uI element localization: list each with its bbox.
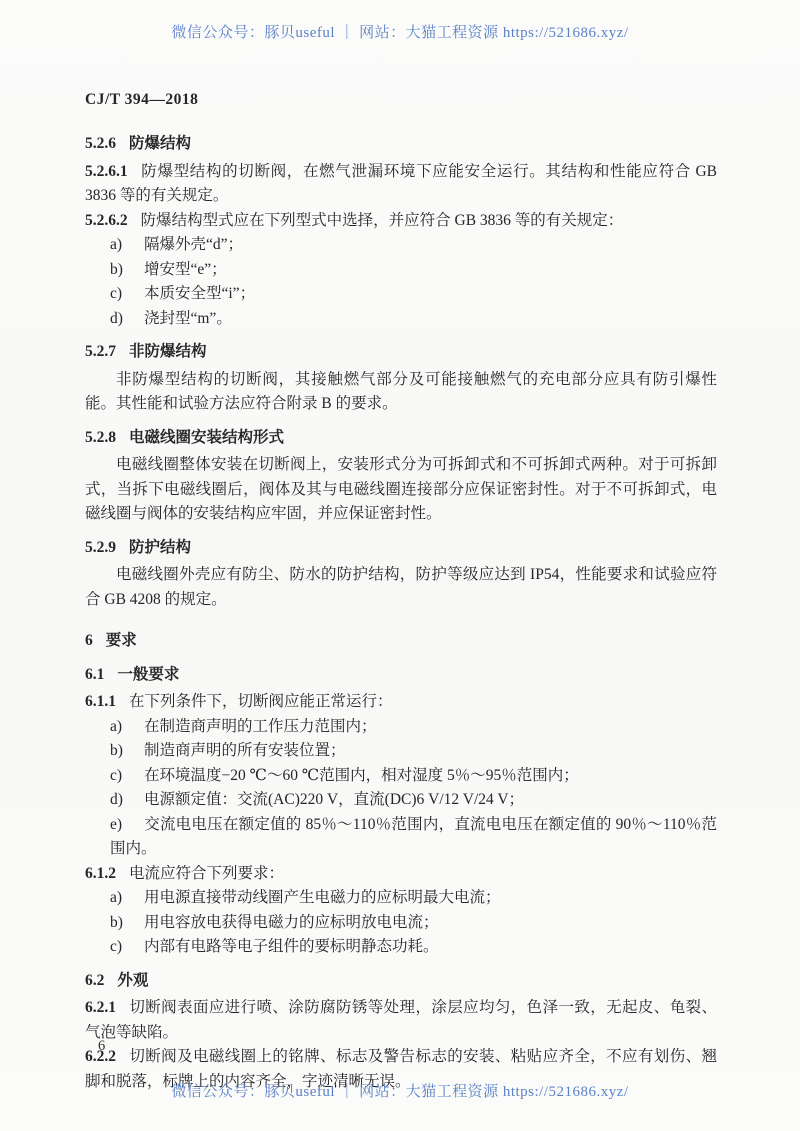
list-marker: b) [110, 911, 144, 936]
clause-title: 外观 [117, 972, 148, 989]
clause-number: 5.2.7 [85, 343, 116, 360]
list-item: c)本质安全型“i”； [85, 282, 717, 307]
clause-paragraph: 电磁线圈外壳应有防尘、防水的防护结构，防护等级应达到 IP54，性能要求和试验应… [85, 563, 717, 612]
clause-title: 电磁线圈安装结构形式 [129, 429, 284, 446]
list-item: b)制造商声明的所有安装位置； [85, 739, 717, 764]
list-item-text: 用电容放电获得电磁力的应标明放电电流； [144, 914, 439, 931]
paragraph-text: 电磁线圈整体安装在切断阀上，安装形式分为可拆卸式和不可拆卸式两种。对于可拆卸式，… [85, 456, 717, 522]
doc-code: CJ/T 394—2018 [85, 88, 717, 112]
paragraph-text: 切断阀表面应进行喷、涂防腐防锈等处理，涂层应均匀，色泽一致，无起皮、龟裂、气泡等… [85, 999, 717, 1041]
clause-number: 5.2.6.2 [85, 212, 128, 229]
clause-title: 防爆结构 [129, 135, 191, 152]
list-item-text: 本质安全型“i”； [144, 285, 255, 302]
list-item: a)在制造商声明的工作压力范围内； [85, 715, 717, 740]
list-marker: d) [110, 307, 144, 332]
list-item: d)电源额定值：交流(AC)220 V，直流(DC)6 V/12 V/24 V； [85, 788, 717, 813]
clause-heading: 5.2.8电磁线圈安装结构形式 [85, 426, 717, 451]
list-marker: b) [110, 258, 144, 283]
list-item: c)在环境温度−20 ℃～60 ℃范围内，相对湿度 5％～95％范围内； [85, 764, 717, 789]
clause-number: 6.2 [85, 972, 104, 989]
list-item: a)隔爆外壳“d”； [85, 233, 717, 258]
clause-title: 非防爆结构 [129, 343, 207, 360]
list-marker: c) [110, 764, 144, 789]
clause-number: 5.2.9 [85, 539, 116, 556]
list-item: c)内部有电路等电子组件的要标明静态功耗。 [85, 935, 717, 960]
list-item-text: 增安型“e”； [144, 261, 227, 278]
paragraph-text: 防爆结构型式应在下列型式中选择，并应符合 GB 3836 等的有关规定： [141, 212, 624, 229]
clause-paragraph: 6.1.2电流应符合下列要求： [85, 862, 717, 887]
paragraph-text: 在下列条件下，切断阀应能正常运行： [129, 693, 393, 710]
list-marker: a) [110, 715, 144, 740]
list-marker: a) [110, 886, 144, 911]
clause-title: 防护结构 [129, 539, 191, 556]
document-page: 微信公众号：豚贝useful ｜ 网站：大猫工程资源 https://52168… [0, 0, 800, 1131]
clause-heading: 5.2.7非防爆结构 [85, 340, 717, 365]
list-item: b)增安型“e”； [85, 258, 717, 283]
paragraph-text: 防爆型结构的切断阀，在燃气泄漏环境下应能安全运行。其结构和性能应符合 GB 38… [85, 163, 717, 205]
list-item-text: 制造商声明的所有安装位置； [144, 742, 346, 759]
list-item-text: 在制造商声明的工作压力范围内； [144, 718, 377, 735]
clause-number: 5.2.6.1 [85, 163, 128, 180]
page-number: 6 [98, 1038, 105, 1055]
list-marker: b) [110, 739, 144, 764]
list-item-text: 交流电电压在额定值的 85％～110％范围内，直流电电压在额定值的 90％～11… [110, 816, 717, 858]
clause-number: 5.2.6 [85, 135, 116, 152]
paragraph-text: 电流应符合下列要求： [129, 865, 284, 882]
list-marker: c) [110, 935, 144, 960]
list-item: e)交流电电压在额定值的 85％～110％范围内，直流电电压在额定值的 90％～… [85, 813, 717, 862]
list-item: b)用电容放电获得电磁力的应标明放电电流； [85, 911, 717, 936]
clause-heading: 5.2.9防护结构 [85, 536, 717, 561]
clause-number: 6.1.2 [85, 865, 116, 882]
clause-heading: 6.2外观 [85, 969, 717, 994]
list-item-text: 浇封型“m”。 [144, 310, 232, 327]
list-item-text: 内部有电路等电子组件的要标明静态功耗。 [144, 938, 439, 955]
clause-number: 6.1.1 [85, 693, 116, 710]
clause-paragraph: 电磁线圈整体安装在切断阀上，安装形式分为可拆卸式和不可拆卸式两种。对于可拆卸式，… [85, 453, 717, 527]
clause-number: 6.1 [85, 666, 104, 683]
list-item: a)用电源直接带动线圈产生电磁力的应标明最大电流； [85, 886, 717, 911]
clause-title: 一般要求 [117, 666, 179, 683]
paragraph-text: 非防爆型结构的切断阀，其接触燃气部分及可能接触燃气的充电部分应具有防引爆性能。其… [85, 371, 717, 413]
clause-paragraph: 非防爆型结构的切断阀，其接触燃气部分及可能接触燃气的充电部分应具有防引爆性能。其… [85, 368, 717, 417]
clause-paragraph: 6.1.1在下列条件下，切断阀应能正常运行： [85, 690, 717, 715]
list-marker: c) [110, 282, 144, 307]
list-item-text: 在环境温度−20 ℃～60 ℃范围内，相对湿度 5％～95％范围内； [144, 767, 579, 784]
chapter-heading: 6要求 [85, 629, 717, 654]
clause-number: 5.2.8 [85, 429, 116, 446]
clause-heading: 6.1一般要求 [85, 663, 717, 688]
chapter-number: 6 [85, 632, 93, 649]
watermark-header: 微信公众号：豚贝useful ｜ 网站：大猫工程资源 https://52168… [0, 21, 800, 42]
list-item-text: 电源额定值：交流(AC)220 V，直流(DC)6 V/12 V/24 V； [144, 791, 524, 808]
clause-paragraph: 5.2.6.2防爆结构型式应在下列型式中选择，并应符合 GB 3836 等的有关… [85, 209, 717, 234]
list-item-text: 隔爆外壳“d”； [144, 236, 243, 253]
clause-heading: 5.2.6防爆结构 [85, 132, 717, 157]
clause-paragraph: 5.2.6.1防爆型结构的切断阀，在燃气泄漏环境下应能安全运行。其结构和性能应符… [85, 160, 717, 209]
chapter-title: 要求 [106, 632, 137, 649]
clause-paragraph: 6.2.1切断阀表面应进行喷、涂防腐防锈等处理，涂层应均匀，色泽一致，无起皮、龟… [85, 996, 717, 1045]
list-marker: e) [110, 813, 144, 838]
list-item: d)浇封型“m”。 [85, 307, 717, 332]
list-item-text: 用电源直接带动线圈产生电磁力的应标明最大电流； [144, 889, 501, 906]
document-content: CJ/T 394—2018 5.2.6防爆结构 5.2.6.1防爆型结构的切断阀… [85, 88, 717, 1094]
paragraph-text: 电磁线圈外壳应有防尘、防水的防护结构，防护等级应达到 IP54，性能要求和试验应… [85, 566, 717, 608]
watermark-footer: 微信公众号：豚贝useful ｜ 网站：大猫工程资源 https://52168… [0, 1080, 800, 1101]
list-marker: a) [110, 233, 144, 258]
list-marker: d) [110, 788, 144, 813]
clause-number: 6.2.1 [85, 999, 116, 1016]
